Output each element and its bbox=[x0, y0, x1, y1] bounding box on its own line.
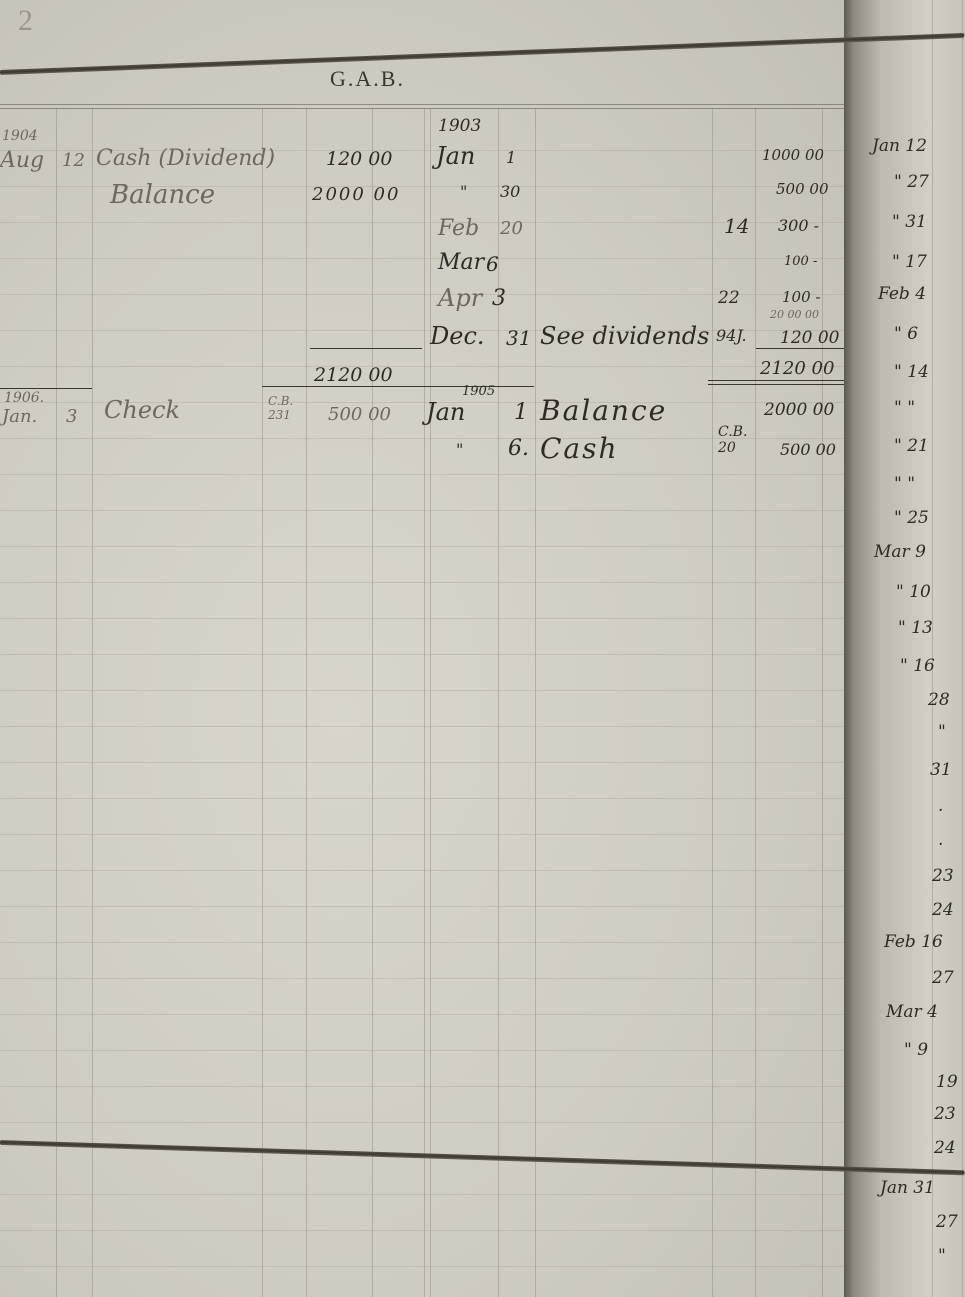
margin-date: 28 bbox=[928, 690, 950, 710]
credit-month: Jan bbox=[436, 142, 475, 170]
credit-day: 6. bbox=[508, 436, 529, 461]
column-rule bbox=[712, 108, 713, 1297]
debit-year: 1906. bbox=[4, 390, 44, 406]
margin-date: " 27 bbox=[894, 172, 929, 192]
credit-folio: C.B. 20 bbox=[718, 424, 748, 456]
credit-month: Feb bbox=[438, 216, 479, 241]
credit-description: See dividends bbox=[540, 322, 709, 350]
credit-amount: 300 - bbox=[778, 216, 819, 235]
double-rule bbox=[0, 388, 92, 389]
margin-date: " 21 bbox=[894, 436, 929, 456]
credit-amount: 1000 00 bbox=[762, 146, 824, 164]
margin-date: " bbox=[938, 722, 946, 742]
margin-date: 24 bbox=[932, 900, 954, 920]
margin-date: " 9 bbox=[904, 1040, 928, 1060]
credit-amount: 100 - bbox=[782, 288, 820, 306]
margin-date: . bbox=[938, 830, 943, 850]
credit-amount: 500 00 bbox=[780, 440, 836, 459]
credit-year: 1905 bbox=[462, 384, 495, 399]
debit-total: 2120 00 bbox=[314, 364, 393, 386]
credit-day: 31 bbox=[506, 326, 531, 350]
credit-total: 2120 00 bbox=[760, 358, 834, 379]
margin-date: 27 bbox=[932, 968, 954, 988]
total-rule bbox=[310, 348, 422, 349]
margin-date: 24 bbox=[934, 1138, 956, 1158]
credit-amount: 120 00 bbox=[780, 328, 839, 348]
debit-amount: 2000 00 bbox=[312, 184, 400, 205]
margin-date: " 6 bbox=[894, 324, 918, 344]
double-rule bbox=[708, 384, 848, 385]
debit-amount: 120 00 bbox=[326, 148, 392, 170]
total-rule bbox=[756, 348, 846, 349]
credit-folio: 22 bbox=[718, 288, 740, 308]
credit-day: 20 bbox=[500, 218, 523, 239]
margin-date: 31 bbox=[930, 760, 952, 780]
margin-date: Jan 12 bbox=[872, 136, 927, 156]
credit-folio: 94J. bbox=[716, 326, 747, 345]
column-rule bbox=[372, 108, 373, 1297]
credit-folio: 14 bbox=[724, 214, 749, 238]
margin-date: Mar 9 bbox=[874, 542, 926, 562]
margin-date: " 10 bbox=[896, 582, 931, 602]
debit-day: 3 bbox=[66, 406, 77, 427]
credit-month: Apr bbox=[438, 284, 482, 312]
margin-date: " bbox=[938, 1246, 946, 1266]
credit-day: 6 bbox=[486, 252, 499, 276]
margin-date: Feb 4 bbox=[878, 284, 926, 304]
margin-date: " 25 bbox=[894, 508, 929, 528]
margin-date: Feb 16 bbox=[884, 932, 943, 952]
debit-amount: 500 00 bbox=[328, 404, 391, 425]
credit-day: 30 bbox=[500, 182, 520, 201]
debit-description: Cash (Dividend) bbox=[96, 146, 275, 171]
credit-month: " bbox=[460, 182, 467, 201]
column-rule bbox=[535, 108, 536, 1297]
credit-month: " bbox=[456, 440, 463, 459]
credit-month: Jan bbox=[426, 398, 465, 426]
double-rule bbox=[708, 380, 848, 381]
margin-date: " " bbox=[894, 398, 915, 418]
credit-amount: 2000 00 bbox=[764, 400, 834, 420]
column-rule bbox=[306, 108, 307, 1297]
column-rule bbox=[56, 108, 57, 1297]
margin-date: " 14 bbox=[894, 362, 929, 382]
credit-description: Cash bbox=[540, 432, 619, 465]
credit-year: 1903 bbox=[438, 116, 481, 136]
debit-folio: C.B. 231 bbox=[268, 394, 298, 422]
column-rule bbox=[92, 108, 93, 1297]
debit-description: Balance bbox=[110, 180, 215, 210]
margin-date: " 13 bbox=[898, 618, 933, 638]
adjacent-page-edge: Jan 12 " 27 " 31 " 17 Feb 4 " 6 " 14 " "… bbox=[844, 0, 965, 1297]
margin-date: " 31 bbox=[892, 212, 927, 232]
margin-date: " " bbox=[894, 474, 915, 494]
column-rule bbox=[822, 108, 823, 1297]
credit-month: Dec. bbox=[430, 322, 485, 350]
debit-month: Aug bbox=[0, 148, 44, 173]
credit-subtotal: 20 00 00 bbox=[770, 308, 819, 321]
account-title: G.A.B. bbox=[330, 66, 405, 92]
margin-date: " 17 bbox=[892, 252, 927, 272]
header-rule bbox=[0, 104, 848, 105]
margin-date: 19 bbox=[936, 1072, 958, 1092]
margin-date: Mar 4 bbox=[886, 1002, 938, 1022]
debit-description: Check bbox=[104, 396, 180, 424]
margin-date: 27 bbox=[936, 1212, 958, 1232]
credit-day: 1 bbox=[506, 148, 516, 167]
page-number: 2 bbox=[18, 4, 33, 38]
credit-amount: 500 00 bbox=[776, 180, 829, 198]
margin-date: Jan 31 bbox=[880, 1178, 935, 1198]
credit-amount: 100 - bbox=[784, 254, 817, 269]
debit-year: 1904 bbox=[2, 128, 38, 144]
column-rule bbox=[755, 108, 756, 1297]
ledger-page: 2 G.A.B. 1904 Aug 12 Cash (Dividend) 120… bbox=[0, 0, 848, 1297]
credit-description: Balance bbox=[540, 394, 667, 427]
credit-month: Mar bbox=[438, 250, 484, 275]
margin-date: 23 bbox=[934, 1104, 956, 1124]
column-rule bbox=[430, 108, 431, 1297]
credit-day: 1 bbox=[514, 400, 528, 425]
column-rule bbox=[262, 108, 263, 1297]
margin-date: . bbox=[938, 796, 943, 816]
credit-day: 3 bbox=[492, 286, 506, 311]
margin-date: " 16 bbox=[900, 656, 935, 676]
margin-date: 23 bbox=[932, 866, 954, 886]
debit-month: Jan. bbox=[2, 406, 37, 427]
debit-day: 12 bbox=[62, 150, 85, 171]
column-rule bbox=[424, 108, 425, 1297]
